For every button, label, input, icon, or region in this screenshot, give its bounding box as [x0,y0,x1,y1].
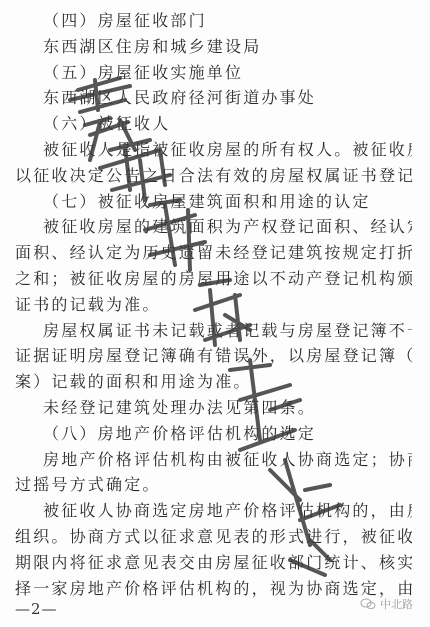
paragraph-line: 择一家房地产价格评估机构的，视为协商选定，由房屋征收部门 [15,576,412,602]
paragraph-line: 以征收决定公告之日合法有效的房屋权属证书登记为准。 [15,163,412,189]
wechat-icon [360,598,376,610]
paragraph-line: 房屋权属证书未记载或者记载与房屋登记簿不一致的，除有 [15,318,412,344]
document-body: （四）房屋征收部门东西湖区住房和城乡建设局（五）房屋征收实施单位东西湖区人民政府… [15,8,412,601]
section-heading: 东西湖区人民政府径河街道办事处 [15,85,412,111]
section-heading: （六）被征收人 [15,111,412,137]
paragraph-line: 期限内将征求意见表交由房屋征收部门统计、核实。被征收人选 [15,550,412,576]
paragraph-line: 房地产价格评估机构由被征收人协商选定；协商不成的，通 [15,447,412,473]
paragraph-line: 被征收人是指被征收房屋的所有权人。被征收房屋所有权人 [15,137,412,163]
paragraph-line: 面积、经认定为历史遗留未经登记建筑按规定打折后的建筑面积 [15,240,412,266]
paragraph-line: 证据证明房屋登记簿确有错误外，以房屋登记簿（或房屋登记档 [15,343,412,369]
document-page: （四）房屋征收部门东西湖区住房和城乡建设局（五）房屋征收实施单位东西湖区人民政府… [0,0,430,627]
paragraph-line: 过摇号方式确定。 [15,472,412,498]
section-heading: （五）房屋征收实施单位 [15,60,412,86]
source-logo-label: 中北路 [380,596,413,612]
paragraph-line: 案）记载的面积和用途为准。 [15,369,412,395]
paragraph-line: 证书的记载为准。 [15,292,412,318]
paragraph-line: 之和；被征收房屋的房屋用途以不动产登记机构颁发的房屋权属 [15,266,412,292]
paragraph-line: 未经登记建筑处理办法见第四条。 [15,395,412,421]
paragraph-line: 被征收人协商选定房地产价格评估机构的，由房屋征收部门 [15,498,412,524]
source-logo: 中北路 [360,596,413,612]
section-heading: 东西湖区住房和城乡建设局 [15,34,412,60]
paragraph-line: 组织。协商方式以征求意见表的形式进行，被征收人应当在规定 [15,524,412,550]
section-heading: （七）被征收房屋建筑面积和用途的认定 [15,189,412,215]
section-heading: （四）房屋征收部门 [15,8,412,34]
page-number: —2— [15,600,58,618]
paragraph-line: 被征收房屋的建筑面积为产权登记面积、经认定为合法建筑 [15,214,412,240]
section-heading: （八）房地产价格评估机构的选定 [15,421,412,447]
